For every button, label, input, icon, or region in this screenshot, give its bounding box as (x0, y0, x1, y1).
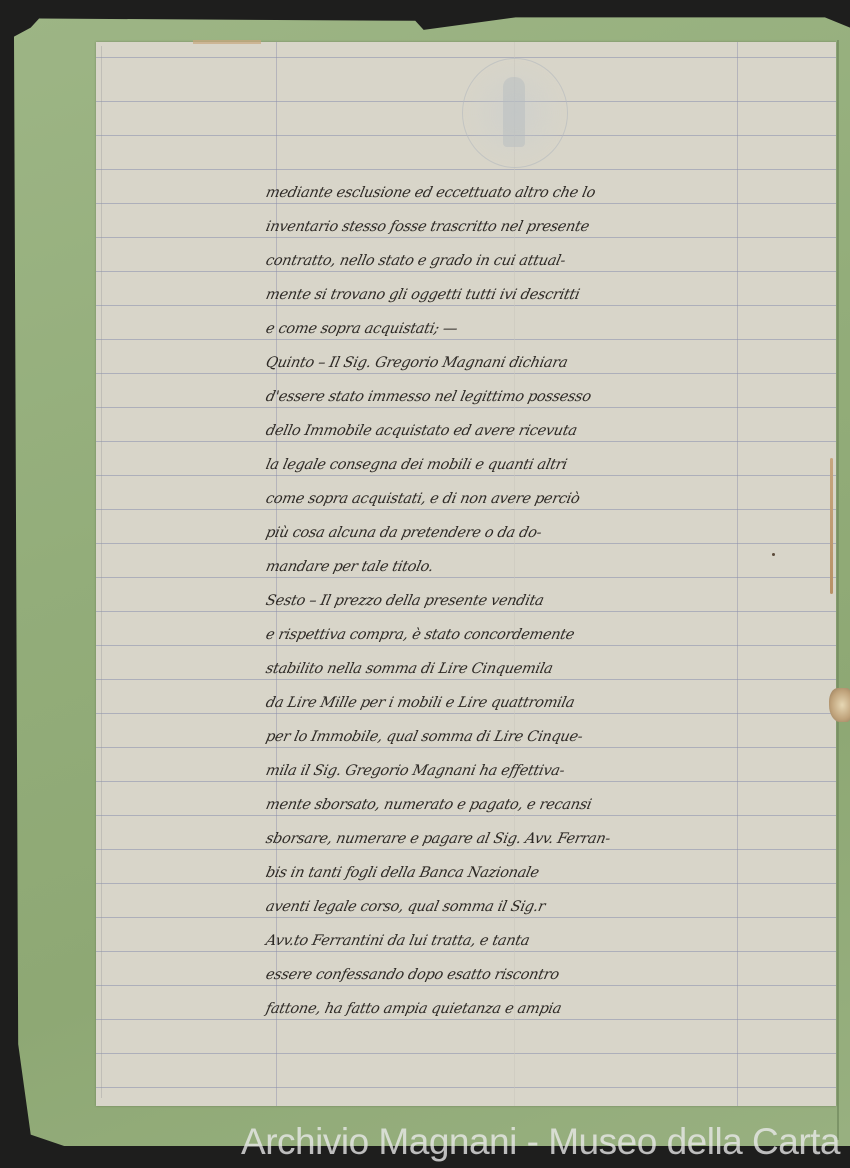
text-line: bis in tanti fogli della Banca Nazionale (262, 856, 749, 890)
text-line: d'essere stato immesso nel legittimo pos… (262, 380, 749, 414)
archive-watermark-caption: Archivio Magnani - Museo della Carta (0, 1118, 850, 1166)
text-line: stabilito nella somma di Lire Cinquemila (262, 652, 749, 686)
text-line: dello Immobile acquistato ed avere ricev… (262, 414, 749, 448)
text-line: Sesto – Il prezzo della presente vendita (262, 584, 749, 618)
text-line: e come sopra acquistati; — (262, 312, 749, 346)
text-line: mediante esclusione ed eccettuato altro … (262, 176, 749, 210)
text-line: Quinto – Il Sig. Gregorio Magnani dichia… (262, 346, 749, 380)
text-line: sborsare, numerare e pagare al Sig. Avv.… (262, 822, 749, 856)
text-line: inventario stesso fosse trascritto nel p… (262, 210, 749, 244)
text-line: mente si trovano gli oggetti tutti ivi d… (262, 278, 749, 312)
text-line: essere confessando dopo esatto riscontro (262, 958, 749, 992)
text-line: mila il Sig. Gregorio Magnani ha effetti… (262, 754, 749, 788)
text-line: come sopra acquistati, e di non avere pe… (262, 482, 749, 516)
stamp-watermark-icon (462, 58, 568, 168)
text-line: aventi legale corso, qual somma il Sig.r (262, 890, 749, 924)
handwritten-text-block: mediante esclusione ed eccettuato altro … (266, 170, 746, 1020)
text-line: più cosa alcuna da pretendere o da do- (262, 516, 749, 550)
watermark-figure (503, 77, 525, 147)
text-line: da Lire Mille per i mobili e Lire quattr… (262, 686, 749, 720)
text-line: fattone, ha fatto ampia quietanza e ampi… (262, 992, 749, 1026)
paper-stain (193, 40, 261, 44)
paper-edge (101, 46, 102, 1098)
binding-thread (830, 458, 833, 594)
text-line: e rispettiva compra, è stato concordemen… (262, 618, 749, 652)
text-line: mandare per tale titolo. (262, 550, 749, 584)
text-line: la legale consegna dei mobili e quanti a… (262, 448, 749, 482)
wax-seal-fragment (829, 688, 850, 722)
folder-crease (837, 40, 839, 1140)
text-line: Avv.to Ferrantini da lui tratta, e tanta (262, 924, 749, 958)
text-line: contratto, nello stato e grado in cui at… (262, 244, 749, 278)
text-line: mente sborsato, numerato e pagato, e rec… (262, 788, 749, 822)
text-line: per lo Immobile, qual somma di Lire Cinq… (262, 720, 749, 754)
ink-speck (772, 553, 775, 556)
